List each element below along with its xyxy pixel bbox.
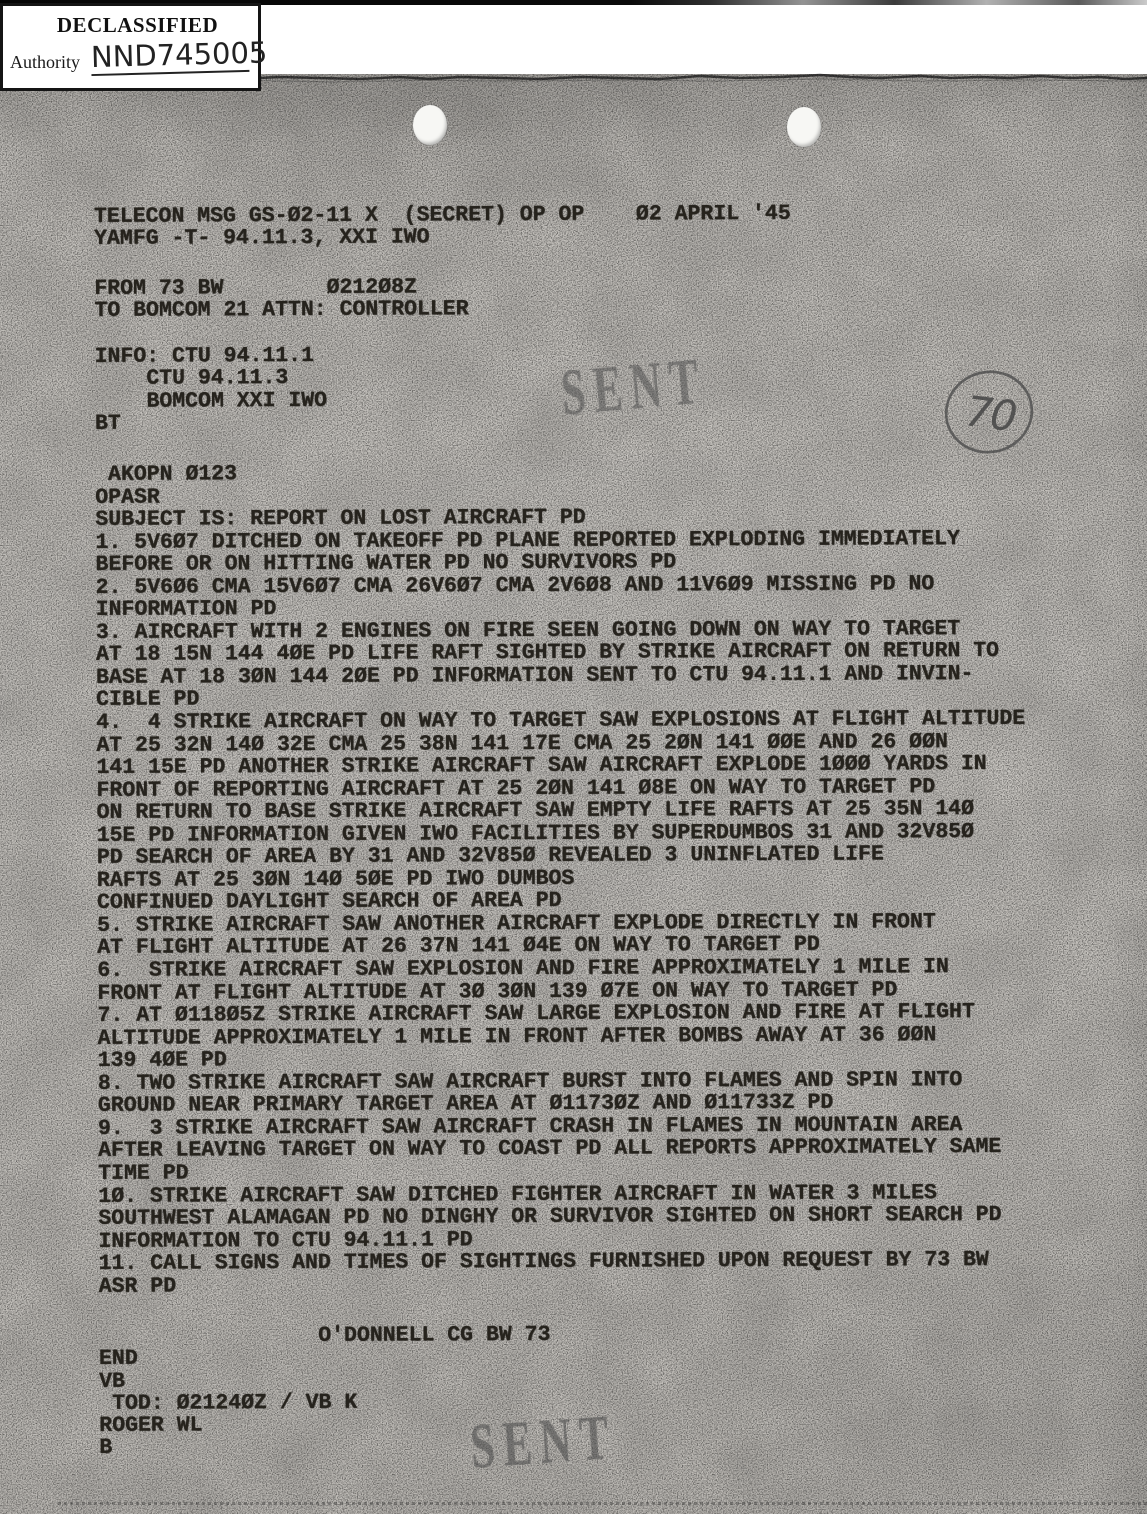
paper-sheet: TELECON MSG GS-Ø2-11 X (SECRET) OP OP Ø2… (0, 74, 1147, 1514)
document-line: BT (95, 412, 327, 435)
document-line: TELECON MSG GS-Ø2-11 X (SECRET) OP OP Ø2… (94, 203, 791, 228)
telecon-header: TELECON MSG GS-Ø2-11 X (SECRET) OP OP Ø2… (94, 203, 791, 251)
authority-handwritten-value: NND745005 (91, 36, 250, 76)
message-body: AKOPN Ø123OPASRSUBJECT IS: REPORT ON LOS… (95, 460, 1028, 1298)
document-line: ASR PD (99, 1271, 1028, 1298)
document-line: AFTER LEAVING TARGET ON WAY TO COAST PD … (98, 1136, 1027, 1163)
document-line: TO BOMCOM 21 ATTN: CONTROLLER (94, 299, 468, 323)
circled-page-number-text: 70 (963, 386, 1018, 441)
sent-stamp-top: SENT (558, 343, 710, 431)
document-line: 2. 5V6Ø6 CMA 15V6Ø7 CMA 26V6Ø7 CMA 2V6Ø8… (96, 573, 1025, 600)
declassified-authority-row: Authority NND745005 (3, 44, 258, 84)
document-line: O'DONNELL CG BW 73 (99, 1324, 551, 1348)
document-line: BASE AT 18 3ØN 144 2ØE PD INFORMATION SE… (96, 663, 1025, 690)
document-line: SOUTHWEST ALAMAGAN PD NO DINGHY OR SURVI… (98, 1204, 1027, 1231)
circled-page-number: 70 (930, 358, 1070, 468)
document-line: VB (99, 1368, 551, 1392)
paper-bottom-edge (58, 1502, 1147, 1505)
document-line: FROM 73 BW Ø212Ø8Z (94, 276, 468, 300)
declassified-stamp: DECLASSIFIED Authority NND745005 (0, 3, 261, 91)
info-addressees-block: INFO: CTU 94.11.1 CTU 94.11.3 BOMCOM XXI… (95, 345, 328, 435)
document-line: INFO: CTU 94.11.1 (95, 345, 327, 368)
sent-stamp-bottom: SENT (468, 1400, 619, 1484)
document-line: BOMCOM XXI IWO (95, 389, 327, 412)
from-to-block: FROM 73 BW Ø212Ø8ZTO BOMCOM 21 ATTN: CON… (94, 276, 468, 322)
typewritten-text-layer: TELECON MSG GS-Ø2-11 X (SECRET) OP OP Ø2… (0, 69, 1147, 1514)
document-line: ALTITUDE APPROXIMATELY 1 MILE IN FRONT A… (98, 1023, 1027, 1050)
scanned-telegram-page: { "declassified_stamp": { "title": "DECL… (0, 0, 1147, 1514)
document-line: CTU 94.11.3 (95, 367, 327, 390)
document-line: YAMFG -T- 94.11.3, XXI IWO (94, 225, 791, 250)
document-line: END (99, 1346, 551, 1370)
authority-label: Authority (10, 52, 80, 73)
document-line: 11. CALL SIGNS AND TIMES OF SIGHTINGS FU… (99, 1249, 1028, 1276)
declassified-title: DECLASSIFIED (3, 13, 258, 38)
